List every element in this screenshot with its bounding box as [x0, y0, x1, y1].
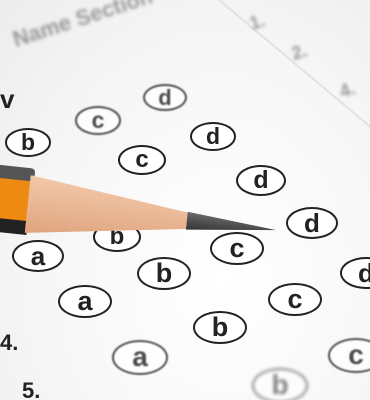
blurred-text: Name Section	[10, 0, 156, 53]
answer-bubble: c	[268, 283, 322, 316]
answer-bubble: d	[190, 122, 236, 151]
answer-bubble: b	[193, 311, 247, 344]
answer-bubble: b	[137, 257, 191, 290]
pencil-lead	[186, 212, 277, 239]
answer-bubble: c	[75, 106, 121, 135]
question-number: 5.	[22, 378, 40, 400]
pencil-wood	[25, 175, 200, 250]
answer-bubble: c	[328, 338, 370, 373]
answer-bubble: d	[340, 257, 370, 289]
question-number: 4.	[0, 330, 18, 356]
answer-bubble: b	[5, 128, 51, 157]
answer-sheet-photo: Name Section1.2.4. dbcdcddbacdbacbacb v4…	[0, 0, 370, 400]
blurred-text: 1.	[247, 10, 268, 35]
question-number: v	[0, 84, 14, 115]
answer-bubble: d	[143, 84, 187, 111]
blurred-text: 4.	[337, 78, 358, 103]
answer-bubble: c	[118, 145, 166, 175]
answer-bubble: a	[58, 285, 112, 318]
answer-bubble: a	[112, 340, 168, 375]
answer-bubble: d	[286, 207, 338, 239]
answer-bubble: b	[252, 368, 308, 400]
